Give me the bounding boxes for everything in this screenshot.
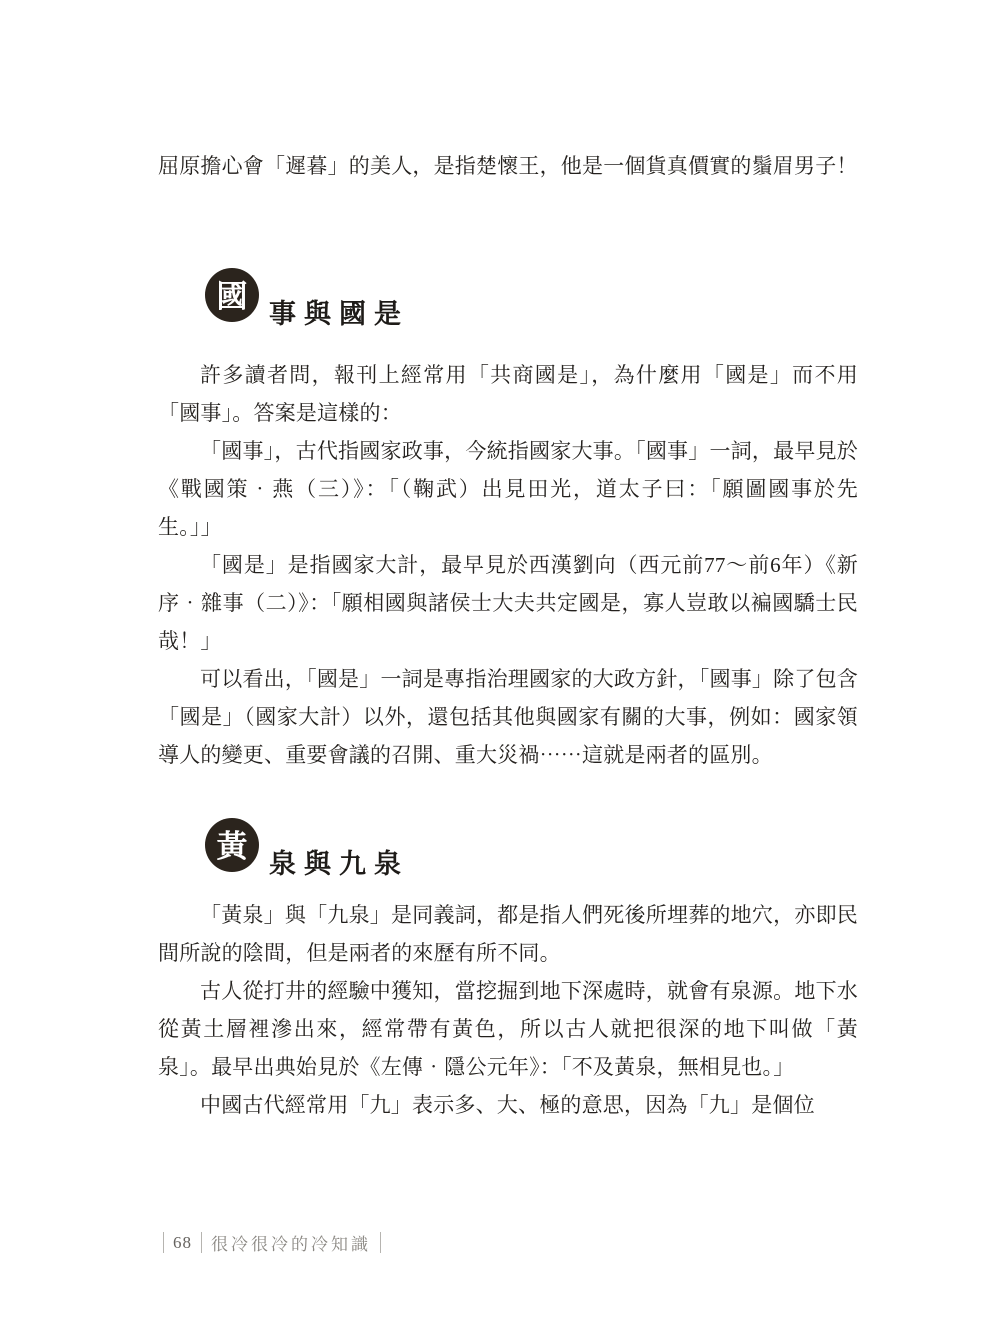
paragraph: 「國是」是指國家大計，最早見於西漢劉向（西元前77～前6年）《新序‧雜事（二）》… [158, 546, 858, 660]
section-badge-char: 黃 [217, 831, 248, 862]
paragraph: 古人從打井的經驗中獲知，當挖掘到地下深處時，就會有泉源。地下水從黃土層裡滲出來，… [158, 972, 858, 1086]
book-title: 很冷很冷的冷知識 [211, 1230, 371, 1255]
book-page: 屈原擔心會「遲暮」的美人，是指楚懷王，他是一個貨真價實的鬚眉男子！ 國 事與國是… [0, 0, 1000, 1341]
section-badge-circle: 黃 [205, 818, 259, 872]
page-footer: 68 很冷很冷的冷知識 [163, 1230, 381, 1255]
page-number: 68 [173, 1233, 192, 1253]
section-badge-circle: 國 [205, 268, 259, 322]
intro-block: 屈原擔心會「遲暮」的美人，是指楚懷王，他是一個貨真價實的鬚眉男子！ [158, 146, 858, 186]
footer-divider [380, 1232, 381, 1253]
paragraph: 「黃泉」與「九泉」是同義詞，都是指人們死後所埋葬的地穴，亦即民間所說的陰間，但是… [158, 896, 858, 972]
intro-paragraph: 屈原擔心會「遲暮」的美人，是指楚懷王，他是一個貨真價實的鬚眉男子！ [158, 146, 858, 186]
footer-divider [201, 1232, 202, 1253]
section-body-guo-shi: 許多讀者問，報刊上經常用「共商國是」，為什麼用「國是」而不用「國事」。答案是這樣… [158, 356, 858, 774]
section-title: 泉與九泉 [269, 842, 409, 881]
paragraph: 「國事」，古代指國家政事，今統指國家大事。「國事」一詞，最早見於《戰國策‧燕（三… [158, 432, 858, 546]
paragraph: 可以看出，「國是」一詞是專指治理國家的大政方針，「國事」除了包含「國是」（國家大… [158, 660, 858, 774]
paragraph: 中國古代經常用「九」表示多、大、極的意思，因為「九」是個位 [158, 1086, 858, 1124]
section-badge-char: 國 [217, 281, 248, 312]
section-title: 事與國是 [269, 292, 409, 331]
footer-divider [163, 1232, 164, 1253]
section-body-huang-quan: 「黃泉」與「九泉」是同義詞，都是指人們死後所埋葬的地穴，亦即民間所說的陰間，但是… [158, 896, 858, 1124]
paragraph: 許多讀者問，報刊上經常用「共商國是」，為什麼用「國是」而不用「國事」。答案是這樣… [158, 356, 858, 432]
section-header-huang-quan: 黃 泉與九泉 [205, 818, 409, 881]
section-header-guo-shi: 國 事與國是 [205, 268, 409, 331]
